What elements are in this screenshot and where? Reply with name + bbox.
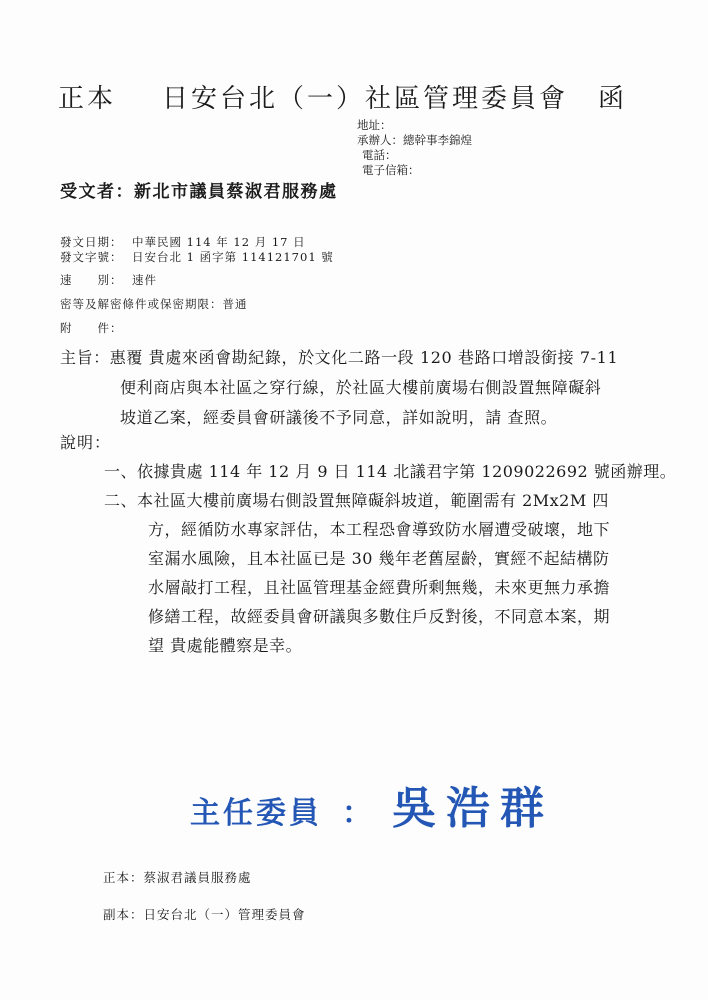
explanation-line: 修繕工程，故經委員會研議與多數住戶反對後，不同意本案，期	[104, 602, 676, 631]
subject-line: 坡道乙案，經委員會研議後不予同意，詳如說明，請 查照。	[60, 403, 670, 433]
issue-date-label: 發文日期：	[60, 234, 132, 250]
classification-row: 密等及解密條件或保密期限：普通	[60, 296, 248, 312]
subject-line: 主旨：惠覆 貴處來函會勘紀錄，於文化二路一段 120 巷路口增設銜接 7-11	[60, 343, 670, 373]
explanation-line: 室漏水風險，且本社區已是 30 幾年老舊屋齡，實經不起結構防	[104, 544, 676, 573]
explanation-item-1: 一、依據貴處 114 年 12 月 9 日 114 北議君字第 12090226…	[104, 457, 676, 486]
explanation-line: 方，經循防水專家評估，本工程恐會導致防水層遭受破壞，地下	[104, 515, 676, 544]
email-label: 電子信箱：	[357, 163, 472, 178]
speed-row: 速 別：速件	[60, 272, 157, 288]
signer-role: 主任委員	[190, 796, 322, 831]
document-kind: 函	[598, 84, 627, 114]
issue-date-value: 中華民國 114 年 12 月 17 日	[132, 235, 306, 249]
copy-recipient: 副本：日安台北（一）管理委員會	[103, 905, 306, 923]
explanation-item-2: 二、本社區大樓前廣場右側設置無障礙斜坡道，範圍需有 2Mx2M 四	[104, 486, 676, 515]
recipient: 受文者：新北市議員蔡淑君服務處	[60, 177, 338, 202]
explanation-section: 一、依據貴處 114 年 12 月 9 日 114 北議君字第 12090226…	[104, 457, 676, 660]
handler: 承辦人：總幹事李錦煌	[357, 133, 472, 148]
signer-name: 吳浩群	[392, 783, 554, 834]
speed-label: 速 別：	[60, 272, 132, 288]
document-number-value: 日安台北 1 函字第 114121701 號	[132, 250, 334, 264]
document-title: 正本日安台北（一）社區管理委員會函	[58, 78, 627, 115]
speed-value: 速件	[132, 273, 157, 287]
signature-colon: ：	[342, 796, 372, 831]
contact-block: 地址： 承辦人：總幹事李錦煌 電話： 電子信箱：	[357, 118, 472, 178]
address-label: 地址：	[357, 118, 472, 133]
signature-block: 主任委員：吳浩群	[190, 772, 554, 836]
explanation-line: 望 貴處能體察是幸。	[104, 631, 676, 660]
issue-date-row: 發文日期：中華民國 114 年 12 月 17 日	[60, 234, 306, 250]
attachment-row: 附 件：	[60, 320, 132, 336]
copy-type: 正本	[58, 84, 116, 114]
organization-name: 日安台北（一）社區管理委員會	[162, 84, 568, 114]
subject-line: 便利商店與本社區之穿行線，於社區大樓前廣場右側設置無障礙斜	[60, 373, 670, 403]
original-recipient: 正本：蔡淑君議員服務處	[103, 868, 252, 886]
phone-label: 電話：	[357, 148, 472, 163]
attachment-label: 附 件：	[60, 320, 132, 336]
subject-section: 主旨：惠覆 貴處來函會勘紀錄，於文化二路一段 120 巷路口增設銜接 7-11 …	[60, 343, 670, 433]
explanation-line: 水層敲打工程，且社區管理基金經費所剩無幾，未來更無力承擔	[104, 573, 676, 602]
document-number-label: 發文字號：	[60, 249, 132, 265]
explanation-title: 說明：	[60, 430, 111, 453]
document-number-row: 發文字號：日安台北 1 函字第 114121701 號	[60, 249, 334, 265]
